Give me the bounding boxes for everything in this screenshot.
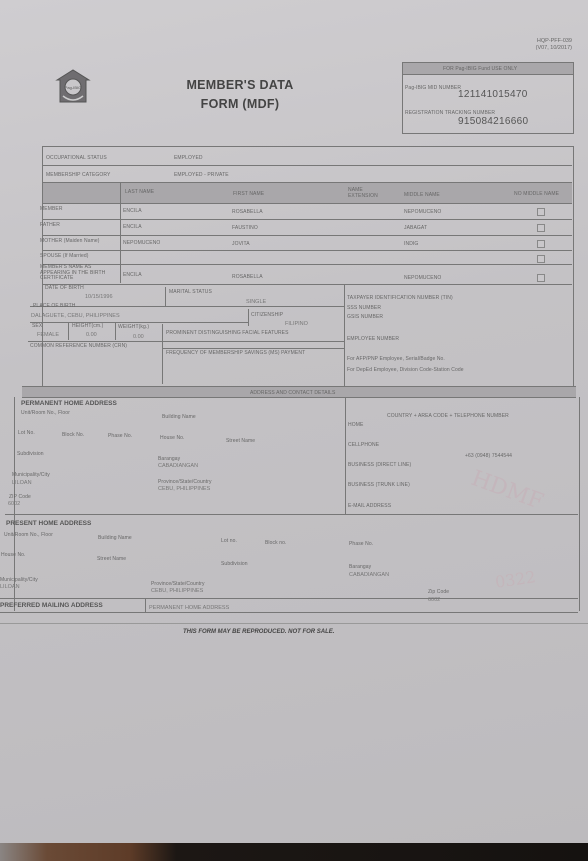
permanent-zip-value: 6002: [8, 501, 20, 507]
occupational-status-value: EMPLOYED: [174, 155, 203, 161]
dob-label: DATE OF BIRTH: [45, 285, 84, 291]
form-version: (V07, 10/2017): [500, 45, 572, 51]
marital-status-label: MARITAL STATUS: [169, 289, 212, 295]
first-name-value: ROSABELLA: [232, 209, 263, 215]
middle-name-value: JABAGAT: [404, 225, 427, 231]
dob-value: 10/15/1996: [85, 294, 113, 300]
no-middle-name-checkbox[interactable]: [537, 240, 545, 248]
gsis-label: GSIS NUMBER: [347, 314, 383, 320]
citizenship-value: FILIPINO: [285, 321, 308, 327]
sex-label: SEX: [32, 323, 42, 329]
last-name-value: ENCILA: [123, 208, 142, 214]
present-province-value: CEBU, PHILIPPINES: [151, 588, 203, 594]
svg-text:Pag-IBIG: Pag-IBIG: [65, 85, 81, 90]
middle-name-value: INDIG: [404, 241, 418, 247]
col-last-name: LAST NAME: [125, 189, 154, 195]
home-phone-label: HOME: [348, 422, 363, 428]
col-first-name: FIRST NAME: [233, 191, 264, 197]
fund-use-box: FOR Pag-IBIG Fund USE ONLY Pag-IBIG MID …: [402, 62, 574, 134]
permanent-address-heading: PERMANENT HOME ADDRESS: [21, 400, 117, 407]
rtn-value: 915084216660: [458, 116, 528, 127]
preferred-mailing-label: PREFERRED MAILING ADDRESS: [0, 602, 103, 609]
deped-label: For DepEd Employee, Division Code-Statio…: [347, 367, 464, 373]
pag-ibig-logo-icon: Pag-IBIG: [54, 66, 92, 104]
cellphone-label: CELLPHONE: [348, 442, 379, 448]
height-value: 0.00: [86, 332, 97, 338]
pob-value: DALAGUETE, CEBU, PHILIPPINES: [31, 313, 120, 319]
col-no-middle-name: NO MIDDLE NAME: [514, 191, 559, 197]
mid-number-value: 121141015470: [458, 89, 528, 100]
weight-label: WEIGHT(kg.): [118, 324, 149, 330]
title-line-2: FORM (MDF): [176, 95, 304, 114]
email-label: E-MAIL ADDRESS: [348, 503, 391, 509]
weight-value: 0.00: [133, 334, 144, 340]
permanent-barangay-value: CABADIANGAN: [158, 463, 198, 469]
middle-name-value: NEPOMUCENO: [404, 275, 441, 281]
pob-label: PLACE OF BIRTH: [33, 303, 75, 309]
no-middle-name-checkbox[interactable]: [537, 224, 545, 232]
no-middle-name-checkbox[interactable]: [537, 274, 545, 282]
permanent-province-value: CEBU, PHILIPPINES: [158, 486, 210, 492]
present-address-heading: PRESENT HOME ADDRESS: [6, 520, 91, 527]
facial-features-label: PROMINENT DISTINGUISHING FACIAL FEATURES: [166, 330, 289, 336]
form-footer-note: THIS FORM MAY BE REPRODUCED. NOT FOR SAL…: [183, 629, 334, 635]
business-trunk-label: BUSINESS (TRUNK LINE): [348, 482, 410, 488]
height-label: HEIGHT(cm.): [72, 323, 103, 329]
first-name-value: FAUSTINO: [232, 225, 258, 231]
occupational-status-label: OCCUPATIONAL STATUS: [46, 155, 107, 161]
row-label: MOTHER (Maiden Name): [40, 239, 118, 245]
sss-label: SSS NUMBER: [347, 305, 381, 311]
mid-number-label: Pag-IBIG MID NUMBER: [405, 85, 461, 91]
permanent-municipality-value: LILOAN: [12, 480, 32, 486]
contact-header: COUNTRY + AREA CODE + TELEPHONE NUMBER: [387, 413, 509, 419]
crn-label: COMMON REFERENCE NUMBER (CRN): [30, 343, 127, 349]
no-middle-name-checkbox[interactable]: [537, 255, 545, 263]
ms-frequency-label: FREQUENCY OF MEMBERSHIP SAVINGS (MS) PAY…: [166, 350, 305, 356]
preferred-mailing-value: PERMANENT HOME ADDRESS: [149, 605, 229, 611]
last-name-value: ENCILA: [123, 224, 142, 230]
marital-status-value: SINGLE: [246, 299, 266, 305]
row-label: MEMBER: [40, 207, 118, 213]
first-name-value: JOVITA: [232, 241, 250, 247]
present-barangay-value: CABADIANGAN: [349, 572, 389, 578]
row-label: MEMBER'S NAME AS APPEARING IN THE BIRTH …: [40, 265, 118, 282]
col-middle-name: MIDDLE NAME: [404, 192, 440, 198]
row-label: SPOUSE (If Married): [40, 254, 118, 260]
fund-use-header: FOR Pag-IBIG Fund USE ONLY: [403, 63, 573, 75]
first-name-value: ROSABELLA: [232, 274, 263, 280]
form-title: MEMBER'S DATA FORM (MDF): [176, 76, 304, 114]
business-direct-label: BUSINESS (DIRECT LINE): [348, 462, 411, 468]
present-municipality-value: LILOAN: [0, 584, 20, 590]
citizenship-label: CITIZENSHIP: [251, 312, 283, 318]
last-name-value: NEPOMUCENO: [123, 240, 160, 246]
no-middle-name-checkbox[interactable]: [537, 208, 545, 216]
afp-pnp-label: For AFP/PNP Employee, Serial/Badge No.: [347, 356, 445, 362]
col-name-extension: NAME EXTENSION: [348, 187, 378, 199]
membership-category-value: EMPLOYED - PRIVATE: [174, 172, 229, 178]
sex-value: FEMALE: [37, 332, 59, 338]
last-name-value: ENCILA: [123, 272, 142, 278]
table-surface: [0, 843, 588, 861]
employee-number-label: EMPLOYEE NUMBER: [347, 336, 399, 342]
form-code: HQP-PFF-039: [500, 38, 572, 44]
middle-name-value: NEPOMUCENO: [404, 209, 441, 215]
row-label: FATHER: [40, 223, 118, 229]
cellphone-value: +63 (0948) 7544544: [465, 453, 512, 459]
form-paper: HQP-PFF-039 (V07, 10/2017) Pag-IBIG MEMB…: [0, 0, 588, 843]
tin-label: TAXPAYER IDENTIFICATION NUMBER (TIN): [347, 295, 453, 301]
membership-category-label: MEMBERSHIP CATEGORY: [46, 172, 110, 178]
title-line-1: MEMBER'S DATA: [176, 76, 304, 95]
